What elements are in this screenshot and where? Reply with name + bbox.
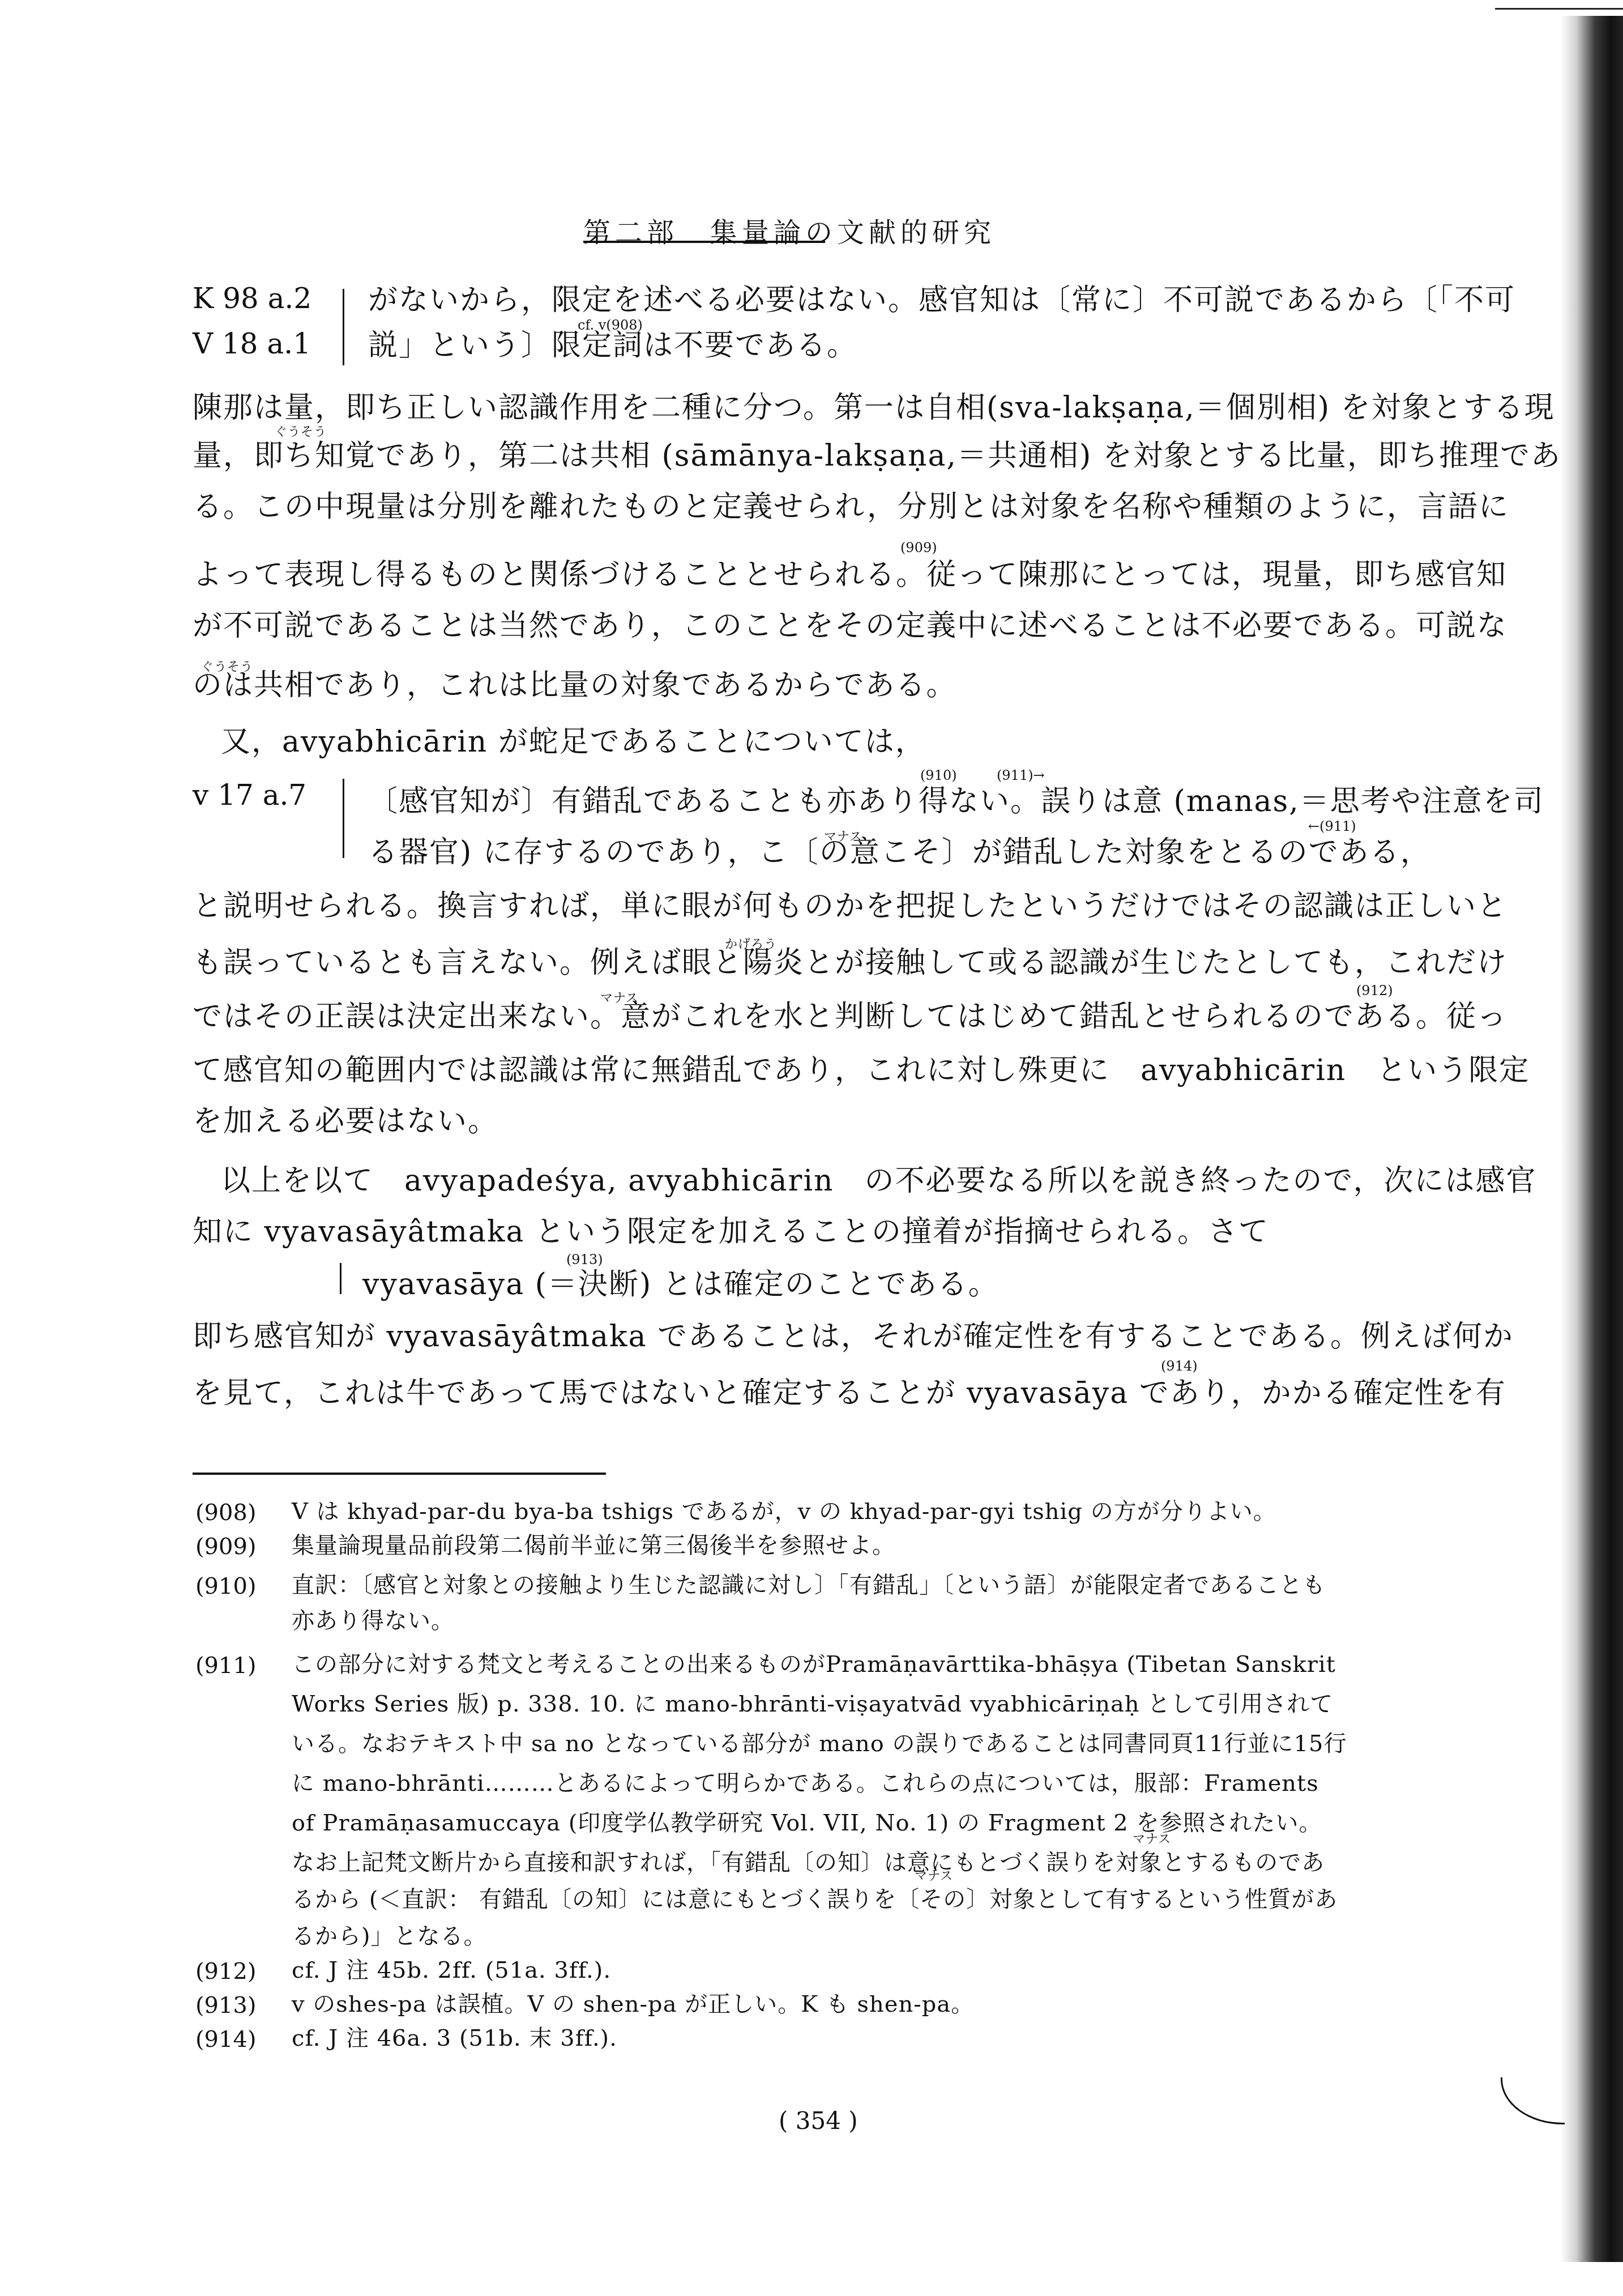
margin-ref-v18: V 18 a.1 — [193, 327, 311, 360]
footnote-line: 集量論現量品前段第二偈前半並に第三偈後半を参照せよ。 — [292, 1532, 895, 1559]
note-ref-913: (913) — [566, 1252, 603, 1268]
scan-edge-rule — [1495, 8, 1623, 10]
note-ref-914: (914) — [1161, 1358, 1198, 1374]
footnote-line: この部分に対する梵文と考えることの出来るものがPramāṇavārttika-b… — [292, 1651, 1336, 1678]
running-header: 第二部 集量論の文献的研究 — [583, 211, 813, 250]
margin-ref-k98: K 98 a.2 — [193, 282, 311, 315]
footnote-line: cf. J 注 45b. 2ff. (51a. 3ff.). — [292, 1957, 611, 1984]
footnote-line: 亦あり得ない。 — [292, 1607, 454, 1634]
header-underline — [583, 241, 825, 243]
body-line: を見て，これは牛であって馬ではないと確定することが vyavasāya であり，… — [193, 1376, 1506, 1410]
body-line: のは共相であり，これは比量の対象であるからである。 — [193, 668, 956, 702]
footnote-number: (910) — [195, 1573, 257, 1599]
footnote-line: cf. J 注 46a. 3 (51b. 末 3ff.). — [292, 2025, 617, 2052]
footnote-line: V は khyad-par-du bya-ba tshigs であるが，v の … — [292, 1498, 1276, 1525]
body-line: る。この中現量は分別を離れたものと定義せられ，分別とは対象を名称や種類のように，… — [193, 490, 1509, 524]
note-ref-910: (910) — [920, 767, 957, 783]
quote-bar — [340, 1263, 341, 1294]
margin-ref-v17: v 17 a.7 — [193, 779, 306, 812]
footnote-number: (913) — [195, 1992, 257, 2018]
ruby-manasu: マナス — [915, 1866, 953, 1884]
footnote-line: るから)」となる。 — [292, 1923, 487, 1950]
quote-bar — [343, 779, 344, 858]
footnote-number: (912) — [195, 1958, 257, 1985]
footnote-line: いる。なおテキスト中 sa no となっている部分が mano の誤りであること… — [292, 1730, 1347, 1757]
body-line: がないから，限定を述べる必要はない。感官知は〔常に〕不可説であるから〔「不可 — [368, 283, 1515, 317]
note-ref-909: (909) — [900, 540, 937, 556]
ruby-manasu: マナス — [1133, 1829, 1171, 1847]
body-line: 以上を以て avyapadeśya, avyabhicārin の不必要なる所以… — [221, 1164, 1536, 1198]
page-number: ( 354 ) — [779, 2107, 858, 2135]
body-line: vyavasāya (＝決断) とは確定のことである。 — [362, 1268, 999, 1301]
body-line: 即ち感官知が vyavasāyâtmaka であることは，それが確定性を有するこ… — [193, 1320, 1514, 1354]
footnote-number: (911) — [195, 1653, 257, 1679]
body-line: と説明せられる。換言すれば，単に眼が何ものかを把捉したというだけではその認識は正… — [193, 889, 1507, 923]
footnote-line: に mano-bhrānti………とあるによって明らかである。これらの点について… — [292, 1770, 1319, 1797]
body-line: 又，avyabhicārin が蛇足であることについては， — [221, 725, 926, 759]
body-line: 知に vyavasāyâtmaka という限定を加えることの撞着が指摘せられる。… — [193, 1215, 1269, 1249]
body-line: も誤っているとも言えない。例えば眼と陽炎とが接触して或る認識が生じたとしても，こ… — [193, 946, 1507, 980]
footnote-line: v のshes-pa は誤植。V の shen-pa が正しい。K も shen… — [292, 1991, 974, 2018]
footnote-line: Works Series 版) p. 338. 10. に mano-bhrān… — [292, 1691, 1333, 1718]
footnote-line: なお上記梵文断片から直接和訳すれば，「有錯乱〔の知〕は意にもとづく誤りを対象とす… — [292, 1849, 1325, 1876]
body-line: ではその正誤は決定出来ない。意がこれを水と判断してはじめて錯乱とせられるのである… — [193, 1000, 1507, 1034]
body-line: る器官) に存するのであり，こ〔の意こそ〕が錯乱した対象をとるのである， — [368, 835, 1431, 869]
footnote-number: (908) — [195, 1500, 257, 1526]
body-line: 陳那は量，即ち正しい認識作用を二種に分つ。第一は自相(sva-lakṣaṇa,＝… — [193, 391, 1555, 425]
footnote-line: 直訳：〔感官と対象との接触より生じた認識に対し〕「有錯乱」〔という語〕が能限定者… — [292, 1572, 1326, 1599]
body-line: を加える必要はない。 — [193, 1104, 498, 1138]
footnote-line: るから (＜直訳： 有錯乱〔の知〕には意にもとづく誤りを〔その〕対象として有する… — [292, 1886, 1338, 1913]
note-ref-912: (912) — [1356, 983, 1393, 998]
body-line: 〔感官知が〕有錯乱であることも亦あり得ない。誤りは意 (manas,＝思考や注意… — [368, 784, 1544, 818]
quote-bar — [343, 289, 344, 365]
footnote-number: (909) — [195, 1534, 257, 1560]
note-ref-911-start: (911)→ — [997, 767, 1045, 783]
body-line: 量，即ち知覚であり，第二は共相 (sāmānya-lakṣaṇa,＝共通相) を… — [193, 439, 1561, 473]
footnote-separator — [193, 1473, 606, 1475]
body-line: が不可説であることは当然であり，このことをその定義中に述べることは不必要である。… — [193, 609, 1507, 643]
body-line: よって表現し得るものと関係づけることとせられる。従って陳那にとっては，現量，即ち… — [193, 558, 1507, 592]
body-line: て感官知の範囲内では認識は常に無錯乱であり，これに対し殊更に avyabhicā… — [193, 1053, 1530, 1087]
note-ref-911-end: ←(911) — [1308, 818, 1356, 834]
footnote-number: (914) — [195, 2026, 257, 2052]
body-line: 説」という〕限定詞は不要である。 — [368, 328, 857, 362]
ruby-gusou: ぐうそう — [275, 422, 327, 439]
book-binding-shadow — [1561, 16, 1623, 2262]
page-curl-mark — [1501, 2077, 1565, 2124]
